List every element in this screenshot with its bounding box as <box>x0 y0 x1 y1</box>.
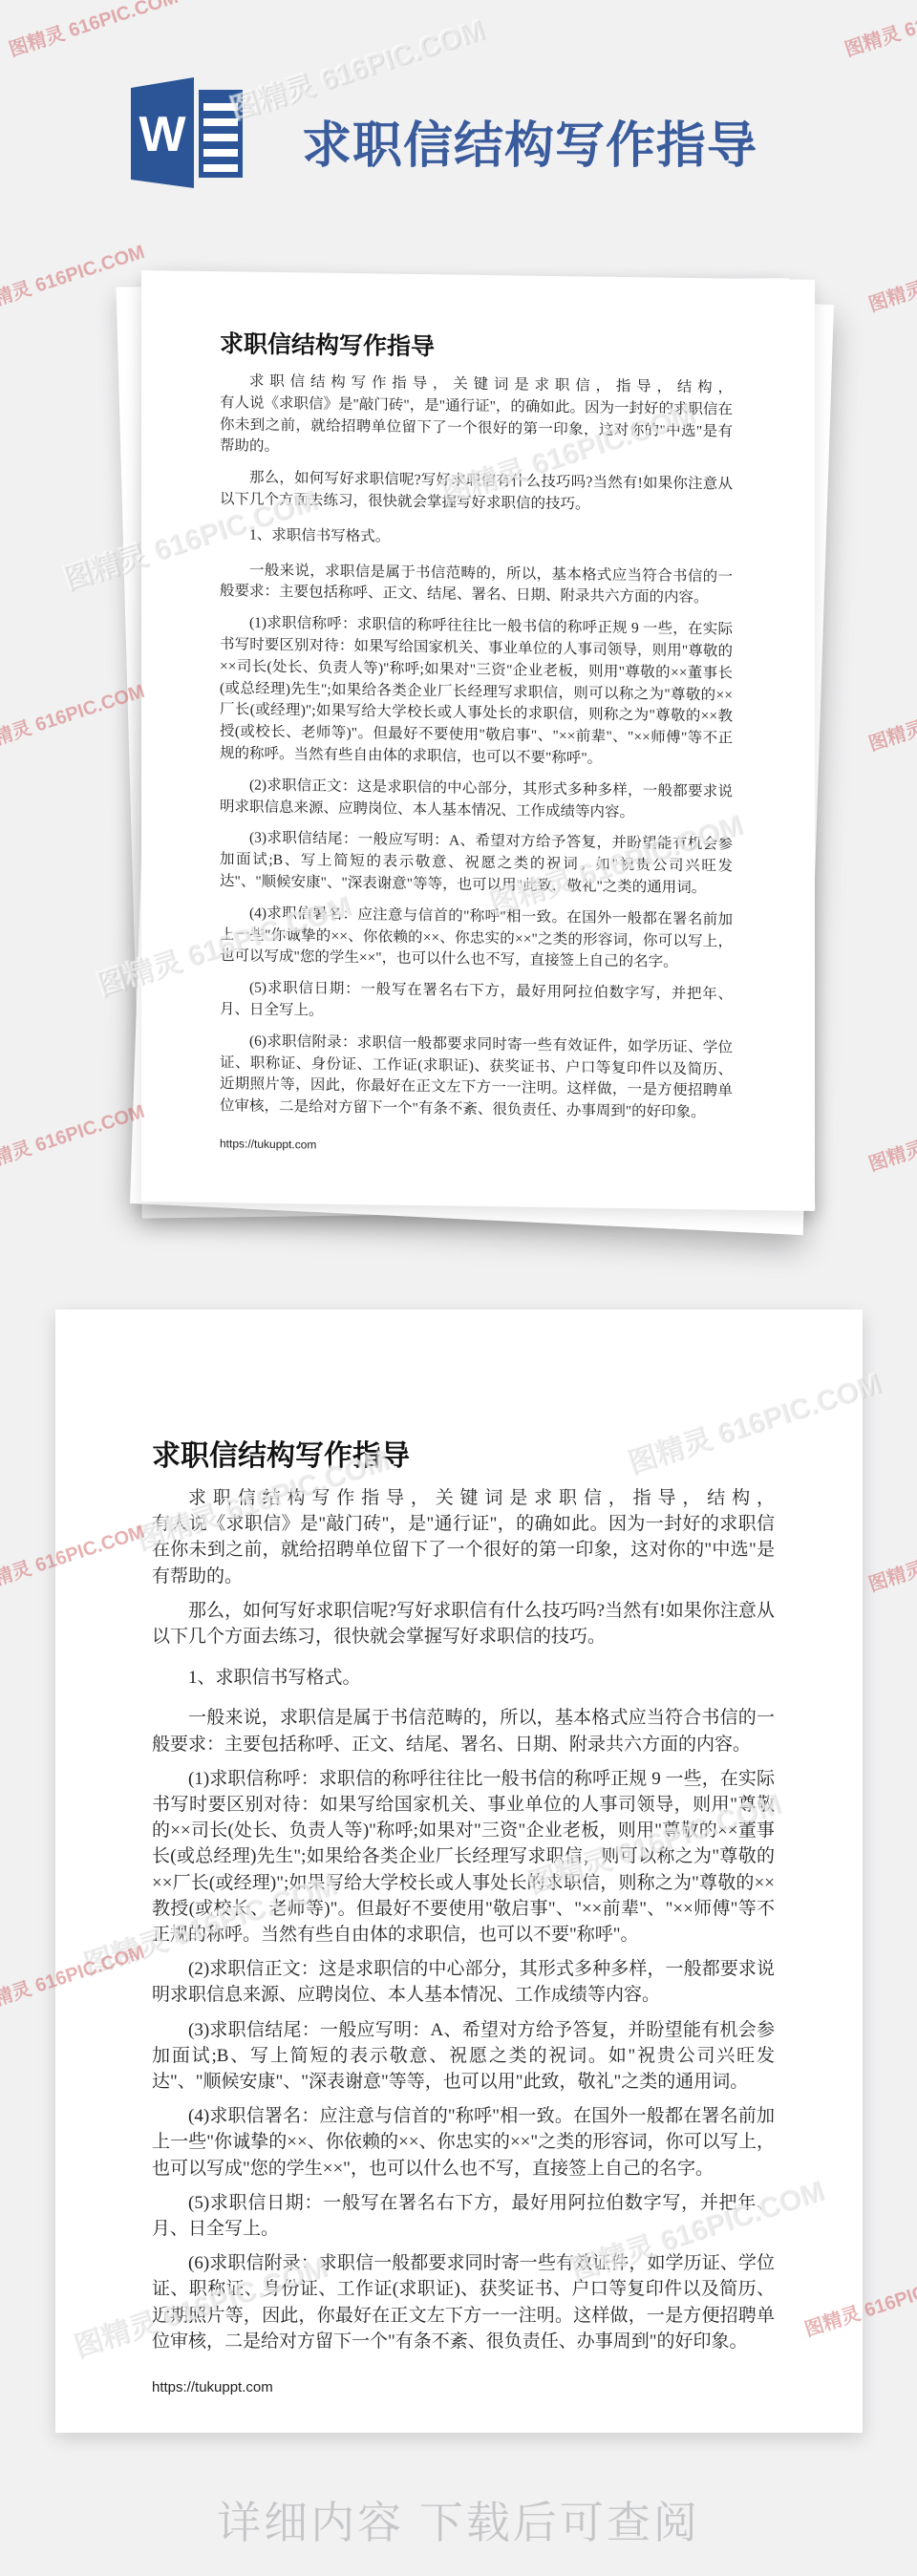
doc-paragraph-list: 那么，如何写好求职信呢?写好求职信有什么技巧吗?当然有!如果你注意从以下几个方面… <box>220 467 733 1124</box>
document-preview-large[interactable]: 求职信结构写作指导 求职信结构写作指导，关键词是求职信，指导，结构， 有人说《求… <box>55 1309 863 2433</box>
doc-paragraph: 一般来说，求职信是属于书信范畴的，所以，基本格式应当符合书信的一般要求：主要包括… <box>152 1705 775 1756</box>
doc-paragraph: 一般来说，求职信是属于书信范畴的，所以，基本格式应当符合书信的一般要求：主要包括… <box>220 560 733 610</box>
doc-paragraph: (3)求职信结尾：一般应写明：A、希望对方给予答复，并盼望能有机会参加面试;B、… <box>152 2017 775 2096</box>
document-body: 求职信结构写作指导，关键词是求职信，指导，结构， 有人说《求职信》是"敲门砖"，… <box>152 1485 775 2354</box>
footer-caption: 详细内容 下载后可查阅 <box>0 2488 917 2551</box>
word-icon-graphic: W <box>131 73 247 195</box>
document-preview-small[interactable]: 求职信结构写作指导 求职信结构写作指导，关键词是求职信，指导，结构， 有人说《求… <box>141 270 815 1211</box>
doc-paragraph: (4)求职信署名：应注意与信首的"称呼"相一致。在国外一般都在署名前加上一些"你… <box>152 2103 775 2182</box>
document-page-small: 求职信结构写作指导 求职信结构写作指导，关键词是求职信，指导，结构， 有人说《求… <box>141 270 815 1211</box>
doc-paragraph-list: 那么，如何写好求职信呢?写好求职信有什么技巧吗?当然有!如果你注意从以下几个方面… <box>152 1598 775 2354</box>
watermark: 图精灵 616PIC.COM <box>864 236 917 317</box>
doc-paragraph: 有人说《求职信》是"敲门砖"，是"通行证"，的确如此。因为一封好的求职信在你未到… <box>152 1511 775 1589</box>
watermark: 图精灵 616PIC.COM <box>0 1096 147 1177</box>
document-source-link: https://tukuppt.com <box>152 2379 775 2395</box>
doc-paragraph: (5)求职信日期：一般写在署名右下方，最好用阿拉伯数字写，并把年、月、日全写上。 <box>220 977 733 1028</box>
doc-paragraph: (4)求职信署名：应注意与信首的"称呼"相一致。在国外一般都在署名前加上一些"你… <box>220 903 733 975</box>
document-title: 求职信结构写作指导 <box>220 325 733 366</box>
document-title: 求职信结构写作指导 <box>152 1432 775 1474</box>
doc-paragraph: (5)求职信日期：一般写在署名右下方，最好用阿拉伯数字写，并把年、月、日全写上。 <box>152 2190 775 2242</box>
watermark: 图精灵 616PIC.COM <box>0 675 147 756</box>
doc-paragraph: (2)求职信正文：这是求职信的中心部分，其形式多种多样，一般都要求说明求职信息来… <box>220 775 733 825</box>
doc-paragraph: (6)求职信附录：求职信一般都要求同时寄一些有效证件，如学历证、学位证、职称证、… <box>152 2250 775 2354</box>
doc-paragraph: 1、求职信书写格式。 <box>220 524 733 553</box>
doc-paragraph: (1)求职信称呼：求职信的称呼往往比一般书信的称呼正规 9 一些，在实际书写时要… <box>220 612 733 772</box>
word-icon-letter: W <box>139 107 186 162</box>
doc-paragraph: 有人说《求职信》是"敲门砖"，是"通行证"，的确如此。因为一封好的求职信在你未到… <box>220 393 733 465</box>
document-source-link: https://tukuppt.com <box>220 1137 733 1157</box>
doc-paragraph: 求职信结构写作指导，关键词是求职信，指导，结构， <box>152 1485 775 1511</box>
doc-paragraph: (6)求职信附录：求职信一般都要求同时寄一些有效证件，如学历证、学位证、职称证、… <box>220 1031 733 1125</box>
doc-paragraph: 那么，如何写好求职信呢?写好求职信有什么技巧吗?当然有!如果你注意从以下几个方面… <box>220 467 733 518</box>
page-title: 求职信结构写作指导 <box>302 105 757 177</box>
doc-paragraph: 1、求职信书写格式。 <box>152 1665 775 1691</box>
watermark: 图精灵 616PIC.COM <box>864 1516 917 1597</box>
watermark: 图精灵 616PIC.COM <box>864 1096 917 1177</box>
page-header: W 求职信结构写作指导 <box>0 0 917 220</box>
watermark: 图精灵 616PIC.COM <box>864 675 917 756</box>
doc-paragraph: (2)求职信正文：这是求职信的中心部分，其形式多种多样，一般都要求说明求职信息来… <box>152 1956 775 2008</box>
doc-paragraph: (3)求职信结尾：一般应写明：A、希望对方给予答复，并盼望能有机会参加面试;B、… <box>220 827 733 900</box>
doc-paragraph: (1)求职信称呼：求职信的称呼往往比一般书信的称呼正规 9 一些，在实际书写时要… <box>152 1766 775 1948</box>
document-body: 求职信结构写作指导，关键词是求职信，指导，结构， 有人说《求职信》是"敲门砖"，… <box>220 371 733 1124</box>
doc-paragraph: 那么，如何写好求职信呢?写好求职信有什么技巧吗?当然有!如果你注意从以下几个方面… <box>152 1598 775 1650</box>
word-document-icon: W <box>131 73 247 195</box>
